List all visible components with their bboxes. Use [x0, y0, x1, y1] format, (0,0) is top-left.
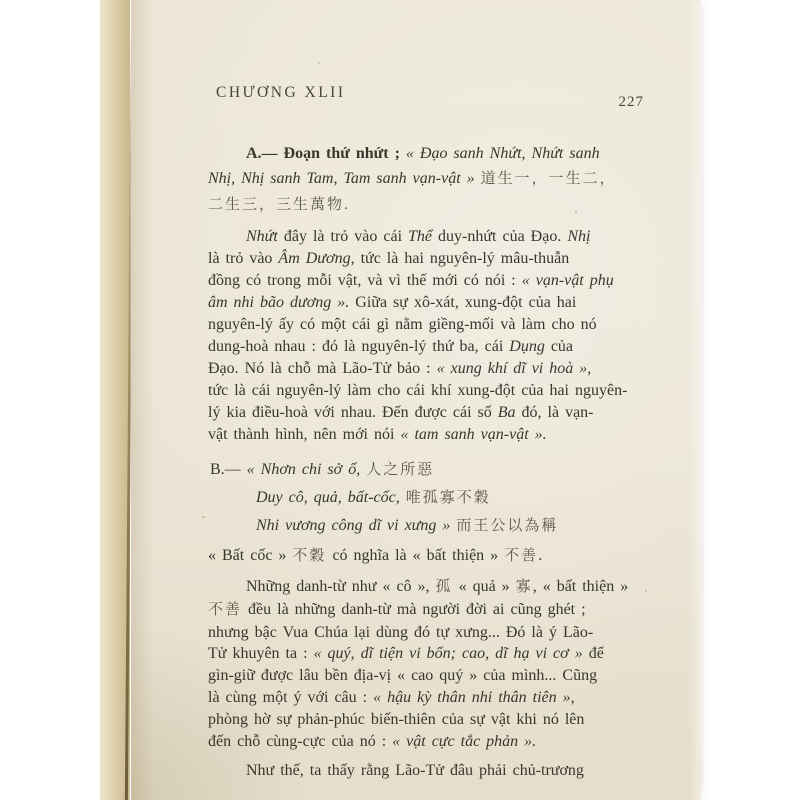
roman-text: Tử khuyên ta : — [208, 645, 314, 662]
roman-text: phòng hờ sự phản-phúc biến-thiên của sự … — [208, 711, 584, 728]
italic-text: Nhị — [567, 228, 590, 245]
roman-text: tức là cái nguyên-lý làm cho cái khí xun… — [208, 382, 627, 399]
roman-text: gìn-giữ được lâu bền địa-vị « cao quý » … — [208, 667, 597, 684]
text-line: Đạo. Nó là chỗ mà Lão-Tử bảo : « xung kh… — [208, 358, 660, 380]
text-line: dung-hoà nhau : đó là nguyên-lý thứ ba, … — [208, 336, 660, 358]
italic-text: Nhứt — [246, 228, 278, 245]
page-header: CHƯƠNG XLII 227 — [208, 84, 660, 111]
roman-text: A.— Đoạn thứ nhứt ; — [246, 145, 406, 162]
italic-text: Nhi vương công dĩ vi xưng » — [256, 517, 456, 534]
text-line: vật thành hình, nên mới nói « tam sanh v… — [208, 424, 660, 446]
chapter-heading: CHƯƠNG XLII — [208, 84, 346, 102]
roman-text: đồng có trong mỗi vật, và vì thế mới có … — [208, 272, 522, 289]
section-b-quote: B.— « Nhơn chi sở ố, 人之所惡Duy cô, quả, bấ… — [208, 456, 660, 540]
page-text: A.— Đoạn thứ nhứt ; « Đạo sanh Nhứt, Nhứ… — [208, 141, 660, 782]
roman-text: nguyên-lý ấy có một cái gì nằm giềng-mối… — [208, 316, 597, 333]
roman-text: vật thành hình, nên mới nói — [208, 426, 400, 443]
closing-line: Như thế, ta thấy rằng Lão-Tử đâu phải ch… — [208, 760, 660, 782]
text-line: nguyên-lý ấy có một cái gì nằm giềng-mối… — [208, 314, 660, 336]
cjk-text: 道生一，一生二， — [481, 171, 617, 187]
text-line: gìn-giữ được lâu bền địa-vị « cao quý » … — [208, 665, 660, 687]
roman-text: có nghĩa là « bất thiện » — [326, 547, 504, 564]
section-b-commentary: Những danh-từ như « cô », 孤 « quả » 寡, «… — [208, 576, 660, 752]
italic-text: Âm Dương — [278, 250, 350, 267]
italic-text: « Đạo sanh Nhứt, Nhứt sanh — [406, 145, 600, 162]
cjk-text: 人之所惡 — [366, 462, 434, 478]
italic-text: Dụng — [509, 338, 545, 355]
roman-text: dung-hoà nhau : đó là nguyên-lý thứ ba, … — [208, 338, 509, 355]
text-line: Những danh-từ như « cô », 孤 « quả » 寡, «… — [208, 576, 660, 599]
roman-text: « quả » — [453, 578, 516, 595]
roman-text: Những danh-từ như « cô », — [246, 578, 436, 595]
text-line: đến chỗ cùng-cực của nó : « vật cực tắc … — [208, 731, 660, 753]
cjk-text: 二生三，三生萬物. — [208, 197, 350, 213]
roman-text: . — [538, 547, 542, 564]
roman-text: đó, là vạn- — [516, 404, 594, 421]
text-line: 不善 đều là những danh-từ mà người đời ai … — [208, 599, 660, 622]
roman-text: là trỏ vào — [208, 250, 278, 267]
text-line: là trỏ vào Âm Dương, tức là hai nguyên-l… — [208, 248, 660, 270]
roman-text: , « bất thiện » — [533, 578, 629, 595]
italic-text: « xung khí dĩ vi hoà », — [437, 360, 592, 377]
text-line: phòng hờ sự phản-phúc biến-thiên của sự … — [208, 709, 660, 731]
italic-text: Ba — [498, 404, 516, 421]
cjk-text: 而王公以為稱 — [456, 518, 558, 534]
section-b-gloss: « Bất cốc » 不穀 có nghĩa là « bất thiện »… — [208, 542, 660, 570]
text-line: Nhi vương công dĩ vi xưng » 而王公以為稱 — [208, 512, 660, 540]
roman-text: , tức là hai nguyên-lý mâu-thuẫn — [351, 250, 570, 267]
roman-text: Như thế, ta thấy rằng Lão-Tử đâu phải ch… — [246, 762, 584, 779]
italic-text: « Nhơn chi sở ố, — [247, 461, 367, 478]
cjk-text: 唯孤寡不穀 — [406, 490, 491, 506]
text-line: Nhị, Nhị sanh Tam, Tam sanh vạn-vật » 道生… — [208, 166, 660, 192]
italic-text: Duy cô, quả, bất-cốc, — [256, 489, 406, 506]
text-line: A.— Đoạn thứ nhứt ; « Đạo sanh Nhứt, Nhứ… — [208, 141, 660, 166]
roman-text: lý kia điều-hoà với nhau. Đến được cái s… — [208, 404, 498, 421]
text-line: Như thế, ta thấy rằng Lão-Tử đâu phải ch… — [208, 760, 660, 782]
text-line: Tử khuyên ta : « quý, dĩ tiện vi bổn; ca… — [208, 643, 660, 665]
text-line: « Bất cốc » 不穀 có nghĩa là « bất thiện »… — [208, 542, 660, 570]
paper-speck — [202, 516, 205, 518]
roman-text: là cùng một ý với câu : — [208, 689, 373, 706]
page-text-column: CHƯƠNG XLII 227 A.— Đoạn thứ nhứt ; « Đạ… — [208, 84, 660, 782]
roman-text: của — [545, 338, 573, 355]
cjk-text: 孤 — [436, 579, 453, 595]
section-a-commentary: Nhứt đây là trỏ vào cái Thể duy-nhứt của… — [208, 226, 660, 446]
text-line: là cùng một ý với câu : « hậu kỳ thân nh… — [208, 687, 660, 709]
italic-text: « quý, dĩ tiện vi bổn; cao, dĩ hạ vi cơ … — [314, 645, 583, 662]
roman-text: để — [583, 645, 604, 662]
roman-text: Đạo. Nó là chỗ mà Lão-Tử bảo : — [208, 360, 437, 377]
italic-text: « tam sanh vạn-vật ». — [400, 426, 546, 443]
page-number: 227 — [619, 94, 661, 111]
cjk-text: 不善 — [208, 602, 242, 618]
roman-text: đây là trỏ vào cái — [278, 228, 408, 245]
text-line: 二生三，三生萬物. — [208, 192, 660, 218]
roman-text: đều là những danh-từ mà người đời ai cũn… — [242, 601, 586, 618]
text-line: âm nhi bão dương ». Giữa sự xô-xát, xung… — [208, 292, 660, 314]
section-a-quote: A.— Đoạn thứ nhứt ; « Đạo sanh Nhứt, Nhứ… — [208, 141, 660, 218]
photo-background: CHƯƠNG XLII 227 A.— Đoạn thứ nhứt ; « Đạ… — [0, 0, 800, 800]
italic-text: « vật cực tắc phản ». — [392, 733, 536, 750]
text-line: lý kia điều-hoà với nhau. Đến được cái s… — [208, 402, 660, 424]
roman-text: đến chỗ cùng-cực của nó : — [208, 733, 392, 750]
cjk-text: 寡 — [516, 579, 533, 595]
roman-text: « Bất cốc » — [208, 547, 292, 564]
text-line: nhưng bậc Vua Chúa lại dùng đó tự xưng..… — [208, 622, 660, 644]
italic-text: âm nhi bão dương ». — [208, 294, 349, 311]
italic-text: « hậu kỳ thân nhi thân tiên », — [373, 689, 575, 706]
italic-text: Nhị, Nhị sanh Tam, Tam sanh vạn-vật » — [208, 170, 481, 187]
italic-text: « vạn-vật phụ — [522, 272, 614, 289]
roman-text: Giữa sự xô-xát, xung-đột của hai — [349, 294, 576, 311]
cjk-text: 不善 — [504, 548, 538, 564]
text-line: tức là cái nguyên-lý làm cho cái khí xun… — [208, 380, 660, 402]
italic-text: Thể — [408, 228, 432, 245]
paper-speck — [318, 62, 320, 64]
roman-text: nhưng bậc Vua Chúa lại dùng đó tự xưng..… — [208, 624, 593, 641]
roman-text: B.— — [210, 461, 247, 478]
text-line: Duy cô, quả, bất-cốc, 唯孤寡不穀 — [208, 484, 660, 512]
cjk-text: 不穀 — [292, 548, 326, 564]
text-line: Nhứt đây là trỏ vào cái Thể duy-nhứt của… — [208, 226, 660, 248]
text-line: đồng có trong mỗi vật, và vì thế mới có … — [208, 270, 660, 292]
text-line: B.— « Nhơn chi sở ố, 人之所惡 — [208, 456, 660, 484]
roman-text: duy-nhứt của Đạo. — [432, 228, 567, 245]
